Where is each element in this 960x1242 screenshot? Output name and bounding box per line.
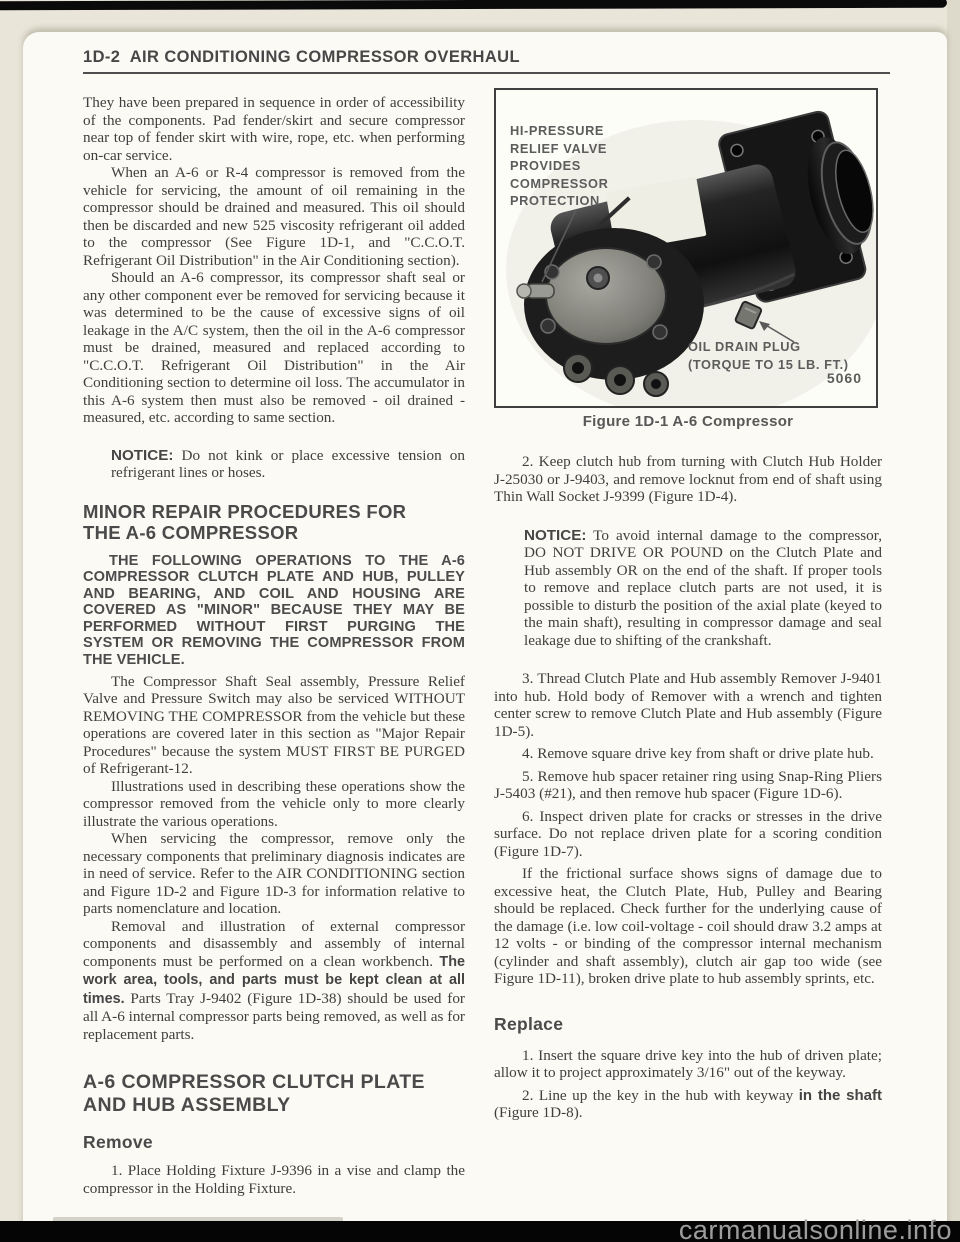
numbered-step: 5. Remove hub spacer retainer ring using… <box>494 768 882 803</box>
page-header: 1D-2 AIR CONDITIONING COMPRESSOR OVERHAU… <box>83 48 890 74</box>
paragraph: Removal and illustration of external com… <box>83 918 465 1044</box>
paragraph-text: (Figure 1D-8). <box>494 1104 583 1121</box>
figure-label-oil-drain: OIL DRAIN PLUG (TORQUE TO 15 LB. FT.) <box>688 338 849 373</box>
manual-page: 1D-2 AIR CONDITIONING COMPRESSOR OVERHAU… <box>23 32 947 1242</box>
paragraph-text: Parts Tray J-9402 (Figure 1D-38) should … <box>83 990 465 1043</box>
notice-block: NOTICE: To avoid internal damage to the … <box>524 527 882 650</box>
figure-photo-number: 5060 <box>827 370 862 386</box>
notice-text: To avoid internal damage to the compress… <box>524 527 882 649</box>
left-column: They have been prepared in sequence in o… <box>83 94 465 1197</box>
numbered-step: 3. Thread Clutch Plate and Hub assembly … <box>494 670 882 740</box>
subheading-remove: Remove <box>83 1132 465 1153</box>
heading-line: MINOR REPAIR PROCEDURES FOR <box>83 501 465 523</box>
numbered-step: 1. Insert the square drive key into the … <box>494 1047 882 1082</box>
figure-caption: Figure 1D-1 A-6 Compressor <box>494 413 882 430</box>
scan-top-edge <box>0 0 947 10</box>
numbered-step: 6. Inspect driven plate for cracks or st… <box>494 808 882 861</box>
heading-line: AND HUB ASSEMBLY <box>83 1094 465 1117</box>
paragraph: When an A-6 or R-4 compressor is removed… <box>83 164 465 269</box>
numbered-step: 1. Place Holding Fixture J-9396 in a vis… <box>83 1162 465 1197</box>
paragraph: The Compressor Shaft Seal assembly, Pres… <box>83 673 465 778</box>
numbered-step: 4. Remove square drive key from shaft or… <box>494 745 882 763</box>
heading-line: A-6 COMPRESSOR CLUTCH PLATE <box>83 1071 465 1094</box>
notice-label: NOTICE: <box>524 527 586 544</box>
notice-block: NOTICE: Do not kink or place excessive t… <box>111 447 465 482</box>
paragraph: When servicing the compressor, remove on… <box>83 830 465 918</box>
notice-label: NOTICE: <box>111 447 173 464</box>
heading-line: THE A-6 COMPRESSOR <box>83 522 465 544</box>
section-heading-minor-repair: MINOR REPAIR PROCEDURES FORTHE A-6 COMPR… <box>83 501 465 544</box>
paragraph-text: 2. Line up the key in the hub with keywa… <box>522 1087 799 1104</box>
bold-emphasis: in the shaft <box>799 1087 882 1104</box>
paragraph: If the frictional surface shows signs of… <box>494 865 882 988</box>
watermark: carmanualsonline.info <box>679 1215 952 1242</box>
figure-label-relief-valve: HI-PRESSURE RELIEF VALVE PROVIDES COMPRE… <box>510 122 608 210</box>
paragraph: Illustrations used in describing these o… <box>83 778 465 831</box>
scan-right-edge <box>947 0 960 1242</box>
relief-valve <box>517 284 554 298</box>
right-column: HI-PRESSURE RELIEF VALVE PROVIDES COMPRE… <box>494 88 882 1122</box>
emphasis-paragraph: THE FOLLOWING OPERATIONS TO THE A-6 COMP… <box>83 553 465 669</box>
section-heading-clutch-plate: A-6 COMPRESSOR CLUTCH PLATEAND HUB ASSEM… <box>83 1071 465 1117</box>
numbered-step: 2. Keep clutch hub from turning with Clu… <box>494 453 882 506</box>
subheading-replace: Replace <box>494 1014 882 1035</box>
numbered-step: 2. Line up the key in the hub with keywa… <box>494 1087 882 1122</box>
paragraph: Should an A-6 compressor, its compressor… <box>83 269 465 427</box>
figure-1d1: HI-PRESSURE RELIEF VALVE PROVIDES COMPRE… <box>494 88 878 408</box>
paragraph-text: Removal and illustration of external com… <box>83 918 465 970</box>
paragraph: They have been prepared in sequence in o… <box>83 94 465 164</box>
